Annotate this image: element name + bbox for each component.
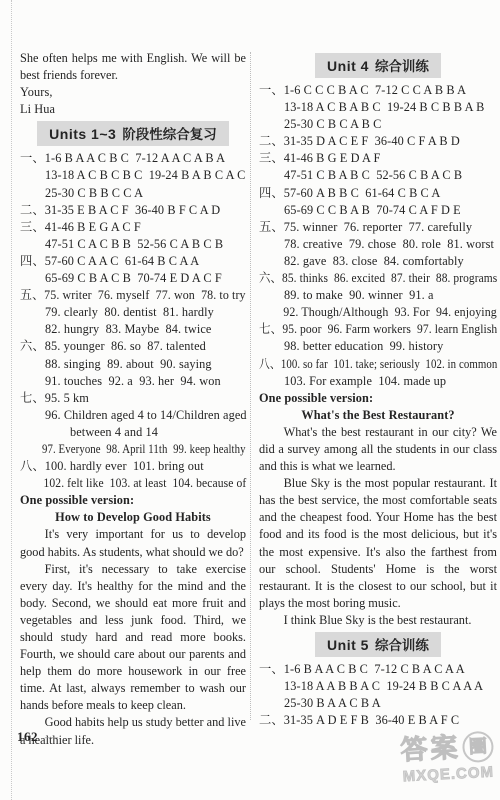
answer-line: 五、75. winner 76. reporter 77. carefully bbox=[259, 219, 497, 236]
essay-paragraph: It's very important for us to develop go… bbox=[20, 526, 246, 560]
answer-line: 一、1-6 B A A C B C 7-12 C B A C A A bbox=[259, 661, 497, 678]
essay-paragraph: I think Blue Sky is the best restaurant. bbox=[259, 612, 497, 629]
answer-line: 一、1-6 B A A C B C 7-12 A A C A B A bbox=[20, 150, 246, 167]
answer-line: 98. better education 99. history bbox=[259, 338, 497, 355]
answer-line: 91. touches 92. a 93. her 94. won bbox=[20, 373, 246, 390]
answer-line: between 4 and 14 bbox=[20, 424, 246, 441]
letter-closing: Yours, bbox=[20, 84, 246, 101]
answer-line: 25-30 C B B C C A bbox=[20, 185, 246, 202]
letter-ending-text: She often helps me with English. We will… bbox=[20, 50, 246, 84]
answer-line: 25-30 B A A C B A bbox=[259, 695, 497, 712]
answer-line: 102. felt like 103. at least 104. becaus… bbox=[20, 475, 233, 492]
heading-band: Unit 4综合训练 bbox=[315, 53, 441, 78]
heading-en-text: Unit 4 bbox=[327, 58, 369, 74]
answer-line: 四、57-60 A B B C 61-64 C B C A bbox=[259, 185, 497, 202]
answer-line: 47-51 C B A B C 52-56 C B A C B bbox=[259, 167, 497, 184]
answer-line: 六、85. younger 86. so 87. talented bbox=[20, 338, 246, 355]
answer-line: 一、1-6 C C C B A C 7-12 C C A B B A bbox=[259, 82, 497, 99]
answer-line: 65-69 C C B A B 70-74 C A F D E bbox=[259, 202, 497, 219]
section-heading-unit4: Unit 4综合训练 bbox=[259, 53, 497, 78]
answer-line: 二、31-35 E B A C F 36-40 B F C A D bbox=[20, 202, 246, 219]
answer-line: 八、100. hardly ever 101. bring out bbox=[20, 458, 246, 475]
answer-line: 八、100. so far 101. take; seriously 102. … bbox=[259, 356, 469, 373]
section-heading-units1-3: Units 1~3阶段性综合复习 bbox=[20, 121, 246, 146]
right-column: Unit 4综合训练 一、1-6 C C C B A C 7-12 C C A … bbox=[259, 50, 497, 729]
heading-zh-text: 综合训练 bbox=[375, 59, 429, 74]
answer-line: 103. For example 104. made up bbox=[259, 373, 497, 390]
watermark-logo-circle: 圈 bbox=[462, 731, 495, 764]
answer-line: 65-69 C B A C B 70-74 E D A C F bbox=[20, 270, 246, 287]
answer-line: 三、41-46 B G E D A F bbox=[259, 150, 497, 167]
answer-line: 92. Though/Although 93. For 94. enjoying bbox=[259, 304, 490, 321]
answer-line: 13-18 A C B A B C 19-24 B C B B A B bbox=[259, 99, 497, 116]
page-number: 162— bbox=[17, 729, 58, 745]
answer-line: 79. clearly 80. dentist 81. hardly bbox=[20, 304, 246, 321]
watermark-logo-text: 答案 bbox=[400, 732, 461, 765]
answer-line: 82. gave 83. close 84. comfortably bbox=[259, 253, 497, 270]
heading-en-text: Units 1~3 bbox=[49, 126, 116, 142]
answer-line: 13-18 A A B B A C 19-24 B B C A A A bbox=[259, 678, 497, 695]
heading-band: Units 1~3阶段性综合复习 bbox=[37, 121, 229, 146]
answer-line: 13-18 A C B C B C 19-24 B A B C A C bbox=[20, 167, 246, 184]
watermark-site-text: MXQE.COM bbox=[401, 764, 495, 786]
answer-line: 二、31-35 A D E F B 36-40 E B A F C bbox=[259, 712, 497, 729]
essay-title: How to Develop Good Habits bbox=[20, 509, 246, 526]
answer-line: 七、95. poor 96. Farm workers 97. learn En… bbox=[259, 321, 483, 338]
answer-line: 五、75. writer 76. myself 77. won 78. to t… bbox=[20, 287, 240, 304]
left-column: She often helps me with English. We will… bbox=[20, 50, 246, 749]
answer-line: 三、41-46 B E G A C F bbox=[20, 219, 246, 236]
page-number-value: 162 bbox=[17, 729, 38, 744]
page-binding-edge-line bbox=[11, 0, 12, 800]
essay-paragraph: What's the best restaurant in our city? … bbox=[259, 424, 497, 475]
possible-version-label: One possible version: bbox=[20, 492, 246, 509]
answer-line: 47-51 C A C B B 52-56 C A B C B bbox=[20, 236, 246, 253]
answer-line: 78. creative 79. chose 80. role 81. wors… bbox=[259, 236, 497, 253]
answer-line: 89. to make 90. winner 91. a bbox=[259, 287, 497, 304]
heading-zh-text: 阶段性综合复习 bbox=[122, 127, 217, 142]
watermark-logo: 答案圈 bbox=[400, 731, 494, 767]
heading-band: Unit 5综合训练 bbox=[315, 632, 441, 657]
answer-line: 四、57-60 C A A C 61-64 B C A A bbox=[20, 253, 246, 270]
column-divider-line bbox=[250, 52, 251, 720]
essay-title: What's the Best Restaurant? bbox=[259, 407, 497, 424]
essay-paragraph: Blue Sky is the most popular restaurant.… bbox=[259, 475, 497, 612]
letter-signature: Li Hua bbox=[20, 101, 246, 118]
answerquan-watermark: 答案圈 MXQE.COM bbox=[400, 731, 495, 786]
heading-zh-text: 综合训练 bbox=[375, 638, 429, 653]
heading-en-text: Unit 5 bbox=[327, 637, 369, 653]
answer-line: 二、31-35 D A C E F 36-40 C F A B D bbox=[259, 133, 497, 150]
answer-line: 六、85. thinks 86. excited 87. their 88. p… bbox=[259, 270, 480, 287]
answer-line: 25-30 C B C A B C bbox=[259, 116, 497, 133]
answer-line: 97. Everyone 98. April 11th 99. keep hea… bbox=[20, 441, 219, 458]
section-heading-unit5: Unit 5综合训练 bbox=[259, 632, 497, 657]
page-number-dash: — bbox=[45, 729, 58, 744]
answer-line: 88. singing 89. about 90. saying bbox=[20, 356, 246, 373]
answer-line: 82. hungry 83. Maybe 84. twice bbox=[20, 321, 246, 338]
essay-paragraph: First, it's necessary to take exercise e… bbox=[20, 561, 246, 715]
answer-line: 七、95. 5 km bbox=[20, 390, 246, 407]
answer-line: 96. Children aged 4 to 14/Children aged bbox=[20, 407, 246, 424]
possible-version-label: One possible version: bbox=[259, 390, 497, 407]
